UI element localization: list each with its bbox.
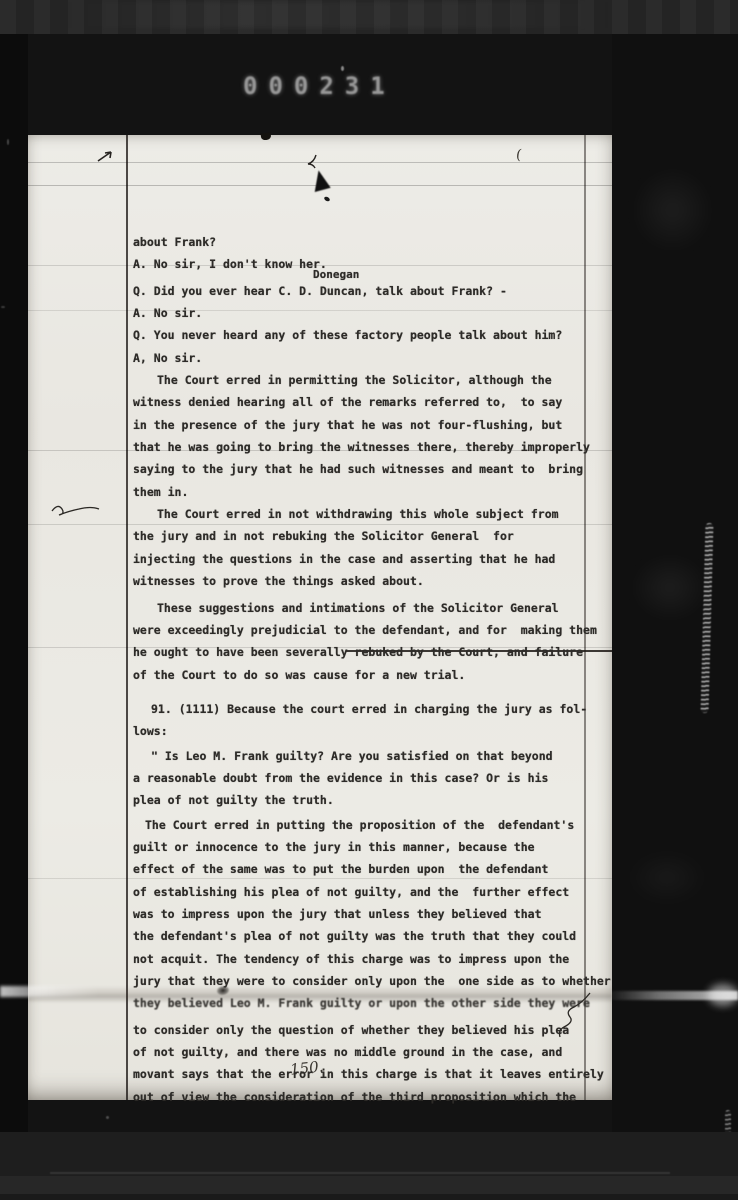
typed-line: not acquit. The tendency of this charge … xyxy=(133,948,653,970)
typed-line: The Court erred in permitting the Solici… xyxy=(133,369,653,391)
typed-line: Q. You never heard any of these factory … xyxy=(133,324,653,346)
typed-line: about Frank? xyxy=(133,231,653,253)
typed-line: they believed Leo M. Frank guilty or upo… xyxy=(133,992,653,1014)
film-left-margin xyxy=(0,34,28,1200)
typed-line: These suggestions and intimations of the… xyxy=(133,597,653,619)
typed-line: the jury and in not rebuking the Solicit… xyxy=(133,525,653,547)
typed-line: guilt or innocence to the jury in this m… xyxy=(133,836,653,858)
typed-text-block: about Frank?A. No sir, I don't know her.… xyxy=(133,231,653,1108)
film-bottom-band xyxy=(0,1194,738,1200)
pen-paren-mark: ( xyxy=(515,147,523,164)
typed-line: A. No sir, I don't know her. xyxy=(133,253,653,275)
pen-squiggle-mark xyxy=(50,501,102,519)
pen-arrow-mark xyxy=(96,147,116,163)
film-bottom-line xyxy=(50,1172,670,1174)
typed-line: the defendant's plea of not guilty was t… xyxy=(133,925,653,947)
film-speck xyxy=(1,306,5,308)
typed-line: them in. xyxy=(133,481,653,503)
typed-line: witness denied hearing all of the remark… xyxy=(133,391,653,413)
pen-hook-mark xyxy=(304,153,320,173)
film-speck xyxy=(341,66,344,71)
typed-line: that he was going to bring the witnesses… xyxy=(133,436,653,458)
typed-line: he ought to have been severally rebuked … xyxy=(133,641,653,663)
typed-line: saying to the jury that he had such witn… xyxy=(133,458,653,480)
typed-line: jury that they were to consider only upo… xyxy=(133,970,653,992)
typed-line: of not guilty, and there was no middle g… xyxy=(133,1041,653,1063)
typed-line: a reasonable doubt from the evidence in … xyxy=(133,767,653,789)
film-speck xyxy=(106,1116,109,1119)
typed-line: were exceedingly prejudicial to the defe… xyxy=(133,619,653,641)
fold-crease-highlight xyxy=(0,986,100,997)
film-speck xyxy=(7,139,9,145)
typed-line: " Is Leo M. Frank guilty? Are you satisf… xyxy=(133,745,653,767)
page-stamp-number: 000231 xyxy=(243,72,396,100)
ink-blot xyxy=(315,170,334,194)
typed-line: in the presence of the jury that he was … xyxy=(133,414,653,436)
typed-line: out of view the consideration of the thi… xyxy=(133,1086,653,1108)
interlineation-note: Donegan xyxy=(313,268,359,282)
typed-line: A, No sir. xyxy=(133,347,653,369)
typed-line: Q. Did you ever hear C. D. Duncan, talk … xyxy=(133,280,653,302)
typed-line: movant says that the error in this charg… xyxy=(133,1063,653,1085)
typed-line: of establishing his plea of not guilty, … xyxy=(133,881,653,903)
typed-line: plea of not guilty the truth. xyxy=(133,789,653,811)
ruled-line-vertical-left xyxy=(126,135,128,1100)
tear-mark xyxy=(261,132,272,140)
typed-line: to consider only the question of whether… xyxy=(133,1019,653,1041)
typed-line: A. No sir. xyxy=(133,302,653,324)
typed-line: lows: xyxy=(133,720,653,742)
typed-line: effect of the same was to put the burden… xyxy=(133,858,653,880)
typed-line: The Court erred in not withdrawing this … xyxy=(133,503,653,525)
typed-line: The Court erred in putting the propositi… xyxy=(133,814,653,836)
document-page: ( 150. about Frank?A. No sir, I don't kn… xyxy=(28,135,612,1100)
typed-line: injecting the questions in the case and … xyxy=(133,548,653,570)
typed-line: was to impress upon the jury that unless… xyxy=(133,903,653,925)
typed-line: witnesses to prove the things asked abou… xyxy=(133,570,653,592)
ink-blot xyxy=(323,196,330,202)
typed-line: 91. (1111) Because the court erred in ch… xyxy=(133,698,653,720)
ghost-text-smudge xyxy=(60,2,620,28)
typed-line: of the Court to do so was cause for a ne… xyxy=(133,664,653,686)
film-bottom-band xyxy=(0,1132,738,1176)
fold-crease-highlight xyxy=(708,984,738,1006)
